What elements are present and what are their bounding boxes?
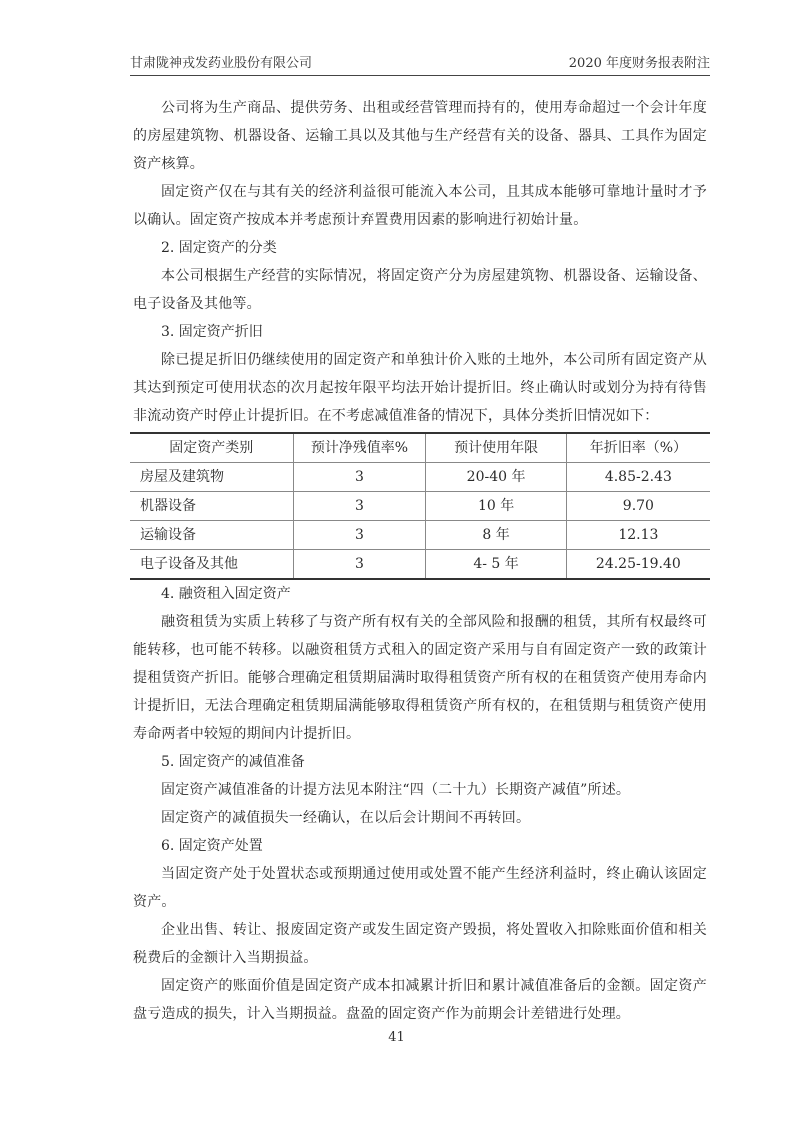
table-row: 房屋及建筑物 3 20-40 年 4.85-2.43 xyxy=(130,463,710,492)
table-row: 运输设备 3 8 年 12.13 xyxy=(130,521,710,550)
paragraph: 当固定资产处于处置状态或预期通过使用或处置不能产生经济利益时，终止确认该固定资产… xyxy=(133,860,707,916)
table-row: 机器设备 3 10 年 9.70 xyxy=(130,492,710,521)
column-header: 年折旧率（%） xyxy=(566,433,710,463)
table-cell: 12.13 xyxy=(566,521,710,550)
page-number: 41 xyxy=(0,1030,793,1045)
table-cell: 24.25-19.40 xyxy=(566,550,710,580)
section-heading: 6. 固定资产处置 xyxy=(133,832,707,860)
table-row: 电子设备及其他 3 4- 5 年 24.25-19.40 xyxy=(130,550,710,580)
page-header: 甘肃陇神戎发药业股份有限公司 2020 年度财务报表附注 xyxy=(130,52,710,76)
table-cell: 3 xyxy=(293,492,426,521)
column-header: 预计净残值率% xyxy=(293,433,426,463)
paragraph: 融资租赁为实质上转移了与资产所有权有关的全部风险和报酬的租赁，其所有权最终可能转… xyxy=(133,608,707,748)
report-title: 2020 年度财务报表附注 xyxy=(569,52,710,71)
table-header-row: 固定资产类别 预计净残值率% 预计使用年限 年折旧率（%） xyxy=(130,433,710,463)
column-header: 预计使用年限 xyxy=(426,433,566,463)
table-cell: 机器设备 xyxy=(130,492,293,521)
table-cell: 8 年 xyxy=(426,521,566,550)
paragraph: 固定资产的减值损失一经确认，在以后会计期间不再转回。 xyxy=(133,804,707,832)
paragraph: 公司将为生产商品、提供劳务、出租或经营管理而持有的，使用寿命超过一个会计年度的房… xyxy=(133,94,707,178)
document-body: 公司将为生产商品、提供劳务、出租或经营管理而持有的，使用寿命超过一个会计年度的房… xyxy=(133,94,707,1028)
table-cell: 4.85-2.43 xyxy=(566,463,710,492)
company-name: 甘肃陇神戎发药业股份有限公司 xyxy=(130,52,312,71)
column-header: 固定资产类别 xyxy=(130,433,293,463)
paragraph: 固定资产仅在与其有关的经济利益很可能流入本公司，且其成本能够可靠地计量时才予以确… xyxy=(133,178,707,234)
table-cell: 3 xyxy=(293,463,426,492)
section-heading: 2. 固定资产的分类 xyxy=(133,234,707,262)
paragraph: 固定资产减值准备的计提方法见本附注“四（二十九）长期资产减值”所述。 xyxy=(133,776,707,804)
section-heading: 5. 固定资产的减值准备 xyxy=(133,748,707,776)
table-cell: 20-40 年 xyxy=(426,463,566,492)
paragraph: 除已提足折旧仍继续使用的固定资产和单独计价入账的土地外，本公司所有固定资产从其达… xyxy=(133,346,707,430)
table-cell: 电子设备及其他 xyxy=(130,550,293,580)
paragraph: 本公司根据生产经营的实际情况，将固定资产分为房屋建筑物、机器设备、运输设备、电子… xyxy=(133,262,707,318)
section-heading: 4. 融资租入固定资产 xyxy=(133,580,707,608)
table-cell: 房屋及建筑物 xyxy=(130,463,293,492)
table-cell: 运输设备 xyxy=(130,521,293,550)
paragraph: 企业出售、转让、报废固定资产或发生固定资产毁损，将处置收入扣除账面价值和相关税费… xyxy=(133,916,707,972)
table-cell: 3 xyxy=(293,521,426,550)
table-cell: 3 xyxy=(293,550,426,580)
table-cell: 4- 5 年 xyxy=(426,550,566,580)
table-cell: 10 年 xyxy=(426,492,566,521)
depreciation-table: 固定资产类别 预计净残值率% 预计使用年限 年折旧率（%） 房屋及建筑物 3 2… xyxy=(130,432,710,580)
section-heading: 3. 固定资产折旧 xyxy=(133,318,707,346)
paragraph: 固定资产的账面价值是固定资产成本扣减累计折旧和累计减值准备后的金额。固定资产盘亏… xyxy=(133,972,707,1028)
table-cell: 9.70 xyxy=(566,492,710,521)
